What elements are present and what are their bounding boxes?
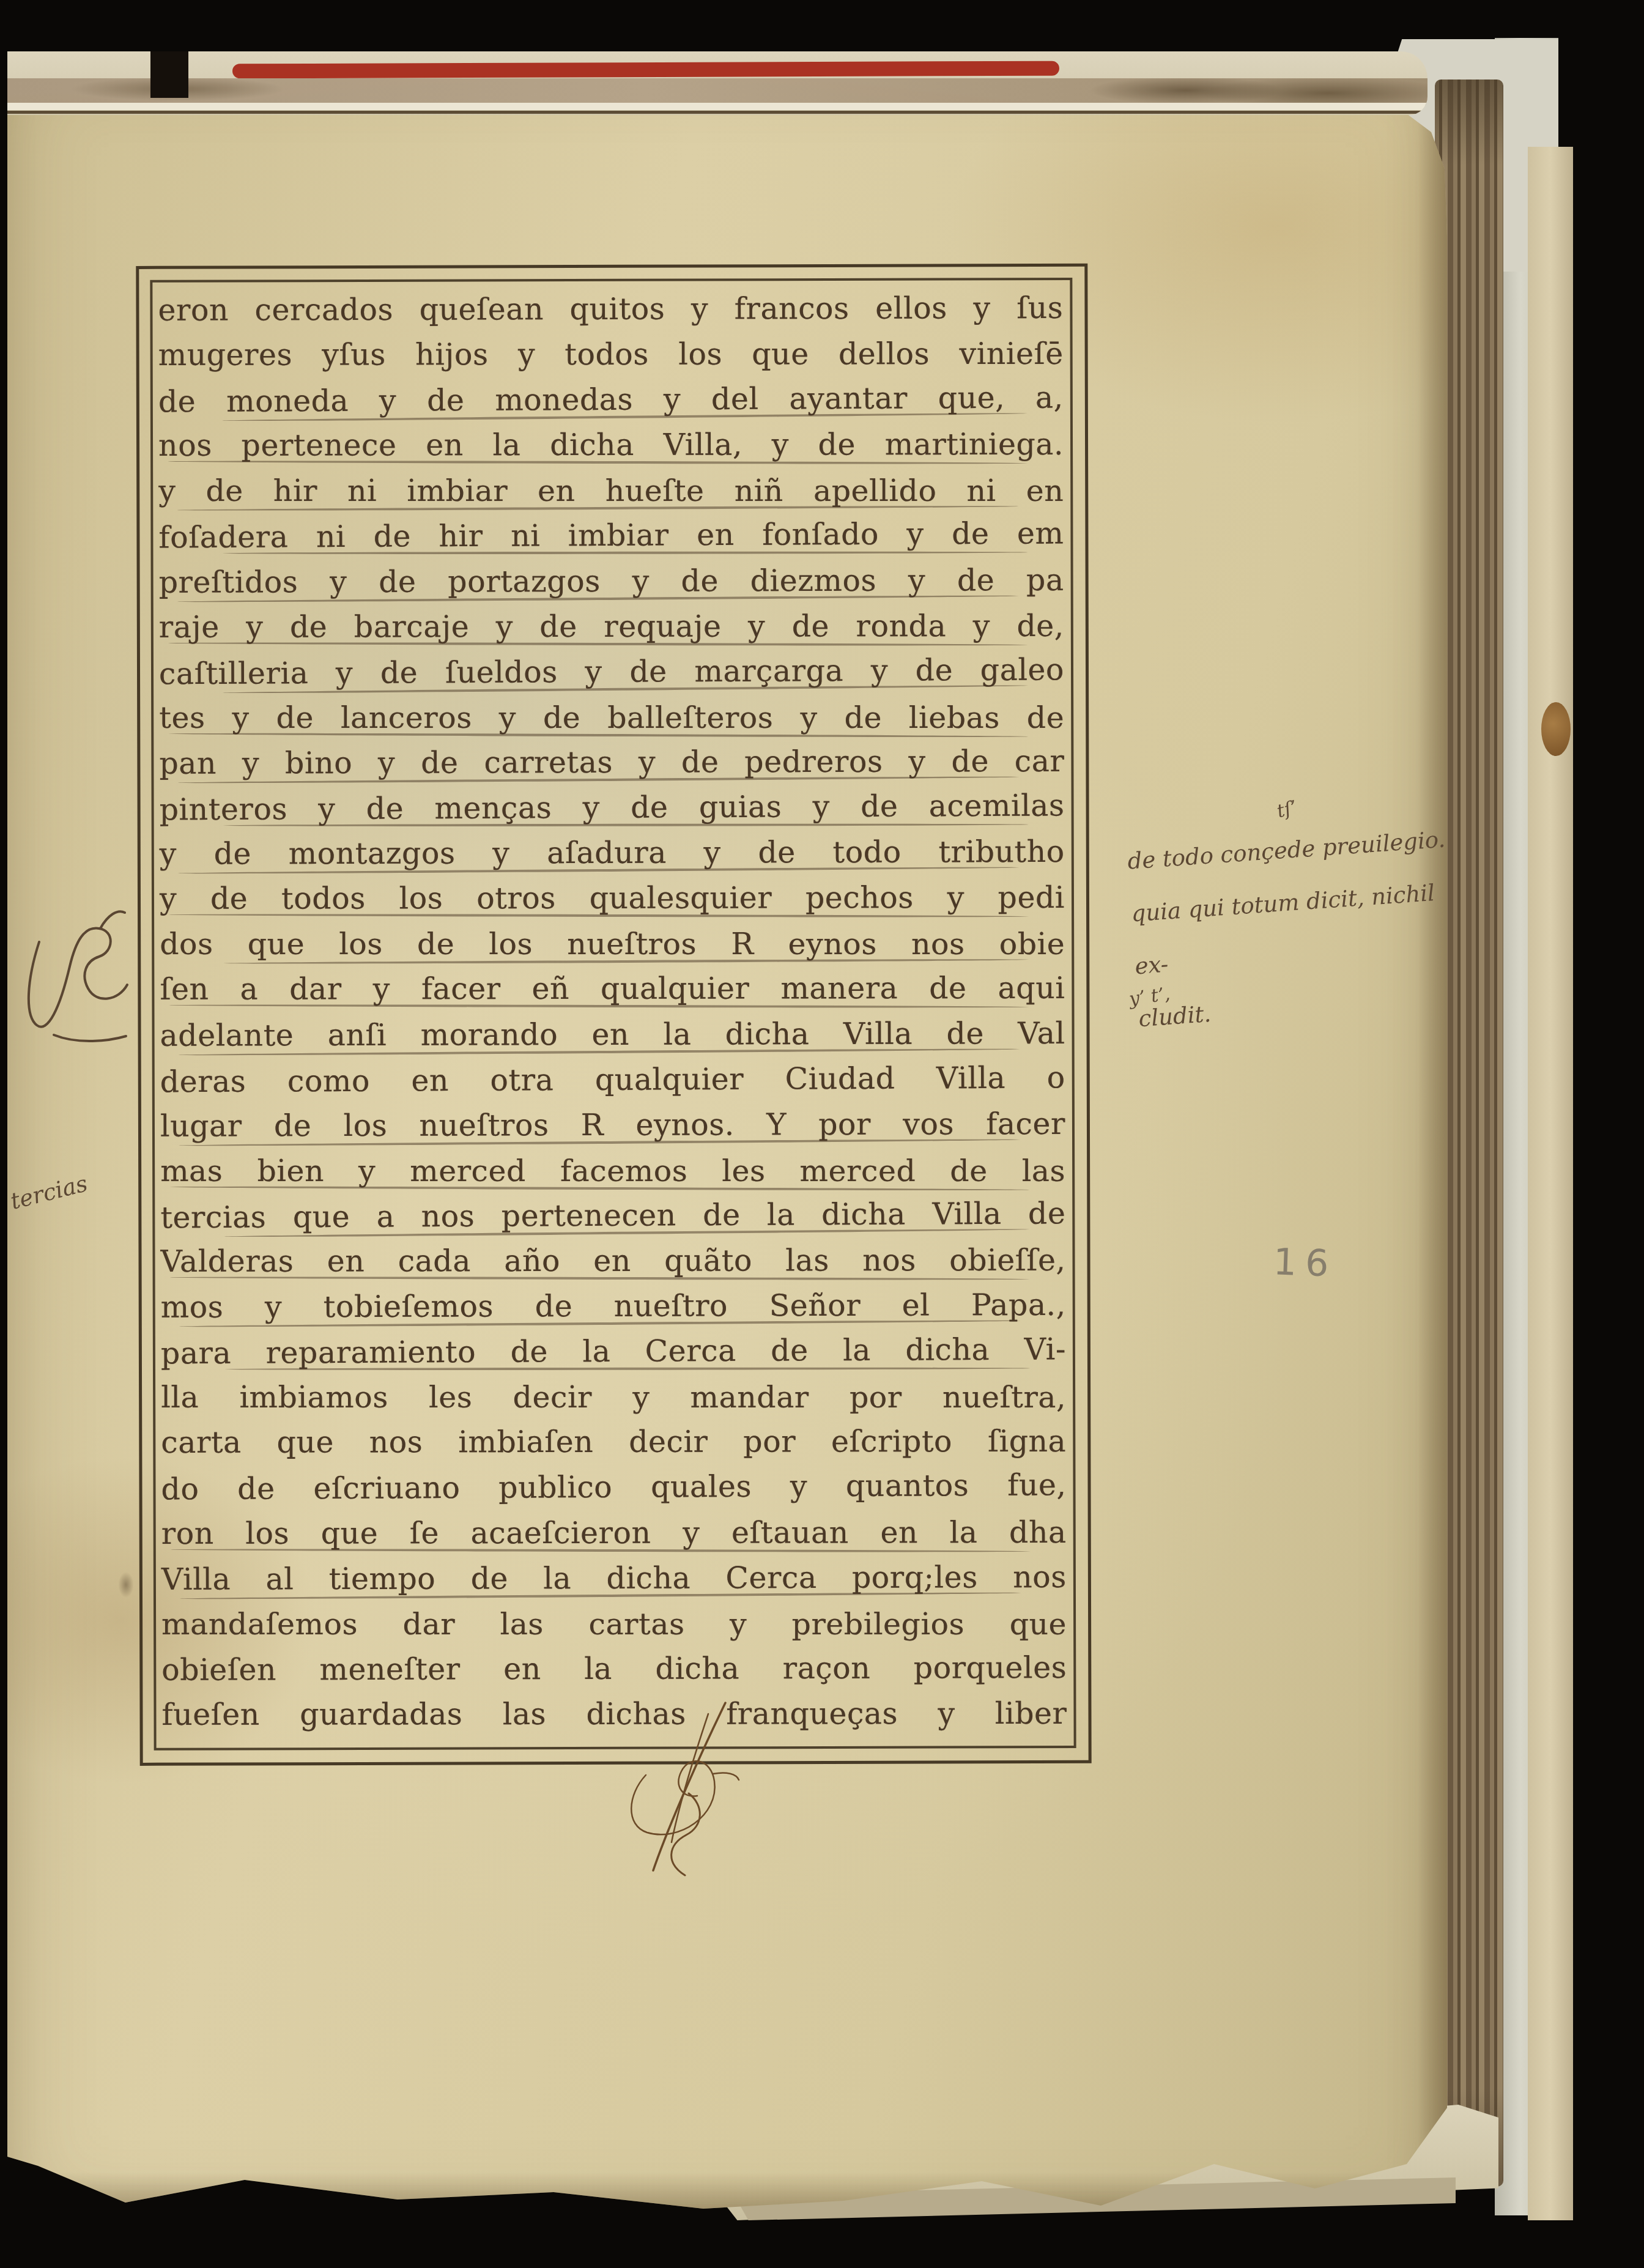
manuscript-line: y de hir ni imbiar en hueſte niñ apellid… (158, 469, 1064, 514)
manuscript-line: Villa al tiempo de la dicha Cerca porq;l… (161, 1555, 1067, 1603)
manuscript-line: raje y de barcaje y de requaje y de rond… (159, 604, 1064, 650)
manuscript-line: obieſen meneſter en la dicha raçon porqu… (161, 1645, 1067, 1693)
manuscript-line: adelante anſi morando en la dicha Villa … (160, 1010, 1065, 1058)
manuscript-text-block: eron cercados queſean quitos y francos e… (158, 286, 1067, 1741)
manuscript-line: mandaſemos dar las cartas y prebilegios … (161, 1601, 1067, 1647)
manuscript-line: lla imbiamos les decir y mandar por nueſ… (161, 1375, 1066, 1420)
manuscript-line: dos que los de los nueſtros R eynos nos … (160, 922, 1065, 967)
manuscript-line: foſadera ni de hir ni imbiar en fonſado … (158, 511, 1064, 561)
manuscript-line: carta que nos imbiaſen decir por eſcript… (161, 1419, 1066, 1466)
manuscript-line: preſtidos y de portazgos y de diezmos y … (159, 558, 1064, 606)
manuscript-line: caſtilleria y de ſueldos y de marçarga y… (159, 647, 1064, 697)
manuscript-line: nos pertenece en la dicha Villa, y de ma… (158, 422, 1064, 469)
folio-number: 16 (1273, 1240, 1338, 1286)
bottom-rubric-flourish (610, 1695, 763, 1885)
manuscript-line: lugar de los nueſtros R eynos. Y por vos… (160, 1102, 1065, 1149)
manuscript-line: do de eſcriuano publico quales y quantos… (161, 1463, 1066, 1513)
manuscript-line: mas bien y merced facemos les merced de … (160, 1149, 1065, 1194)
fore-edge-tab (1541, 702, 1571, 756)
right-margin-note: de todo conçede preuilegio. quia qui tot… (1126, 812, 1483, 1045)
manuscript-line: Valderas en cada año en quãto las nos ob… (160, 1238, 1065, 1284)
manuscript-line: tercias que a nos pertenecen de la dicha… (160, 1191, 1065, 1240)
text-frame-wrap: eron cercados queſean quitos y francos e… (0, 0, 1644, 2268)
manuscript-line: tes y de lanceros y de balleſteros y de … (159, 695, 1064, 741)
manuscript-line: ſen a dar y facer eñ qualquier manera de… (160, 966, 1065, 1012)
left-margin-monogram-flourish (16, 888, 144, 1059)
manuscript-line: y de todos los otros qualesquier pechos … (160, 875, 1065, 922)
manuscript-line: deras como en otra qualquier Ciudad Vill… (160, 1055, 1065, 1105)
manuscript-line: de moneda y de monedas y del ayantar que… (158, 376, 1064, 425)
manuscript-line: pinteros y de menças y de guias y de ace… (159, 783, 1064, 832)
manuscript-line: y de montazgos y aſadura y de todo tribu… (160, 829, 1065, 877)
manuscript-line: mugeres yſus hijos y todos los que dello… (158, 332, 1064, 378)
manuscript-line: para reparamiento de la Cerca de la dich… (161, 1327, 1066, 1377)
manuscript-line: ron los que ſe acaeſcieron y eſtauan en … (161, 1510, 1067, 1556)
manuscript-line: mos y tobieſemos de nueſtro Señor el Pap… (161, 1283, 1066, 1330)
manuscript-scan: eron cercados queſean quitos y francos e… (0, 0, 1644, 2268)
manuscript-line: eron cercados queſean quitos y francos e… (158, 286, 1063, 333)
manuscript-line: pan y bino y de carretas y de pedreros y… (159, 739, 1064, 787)
